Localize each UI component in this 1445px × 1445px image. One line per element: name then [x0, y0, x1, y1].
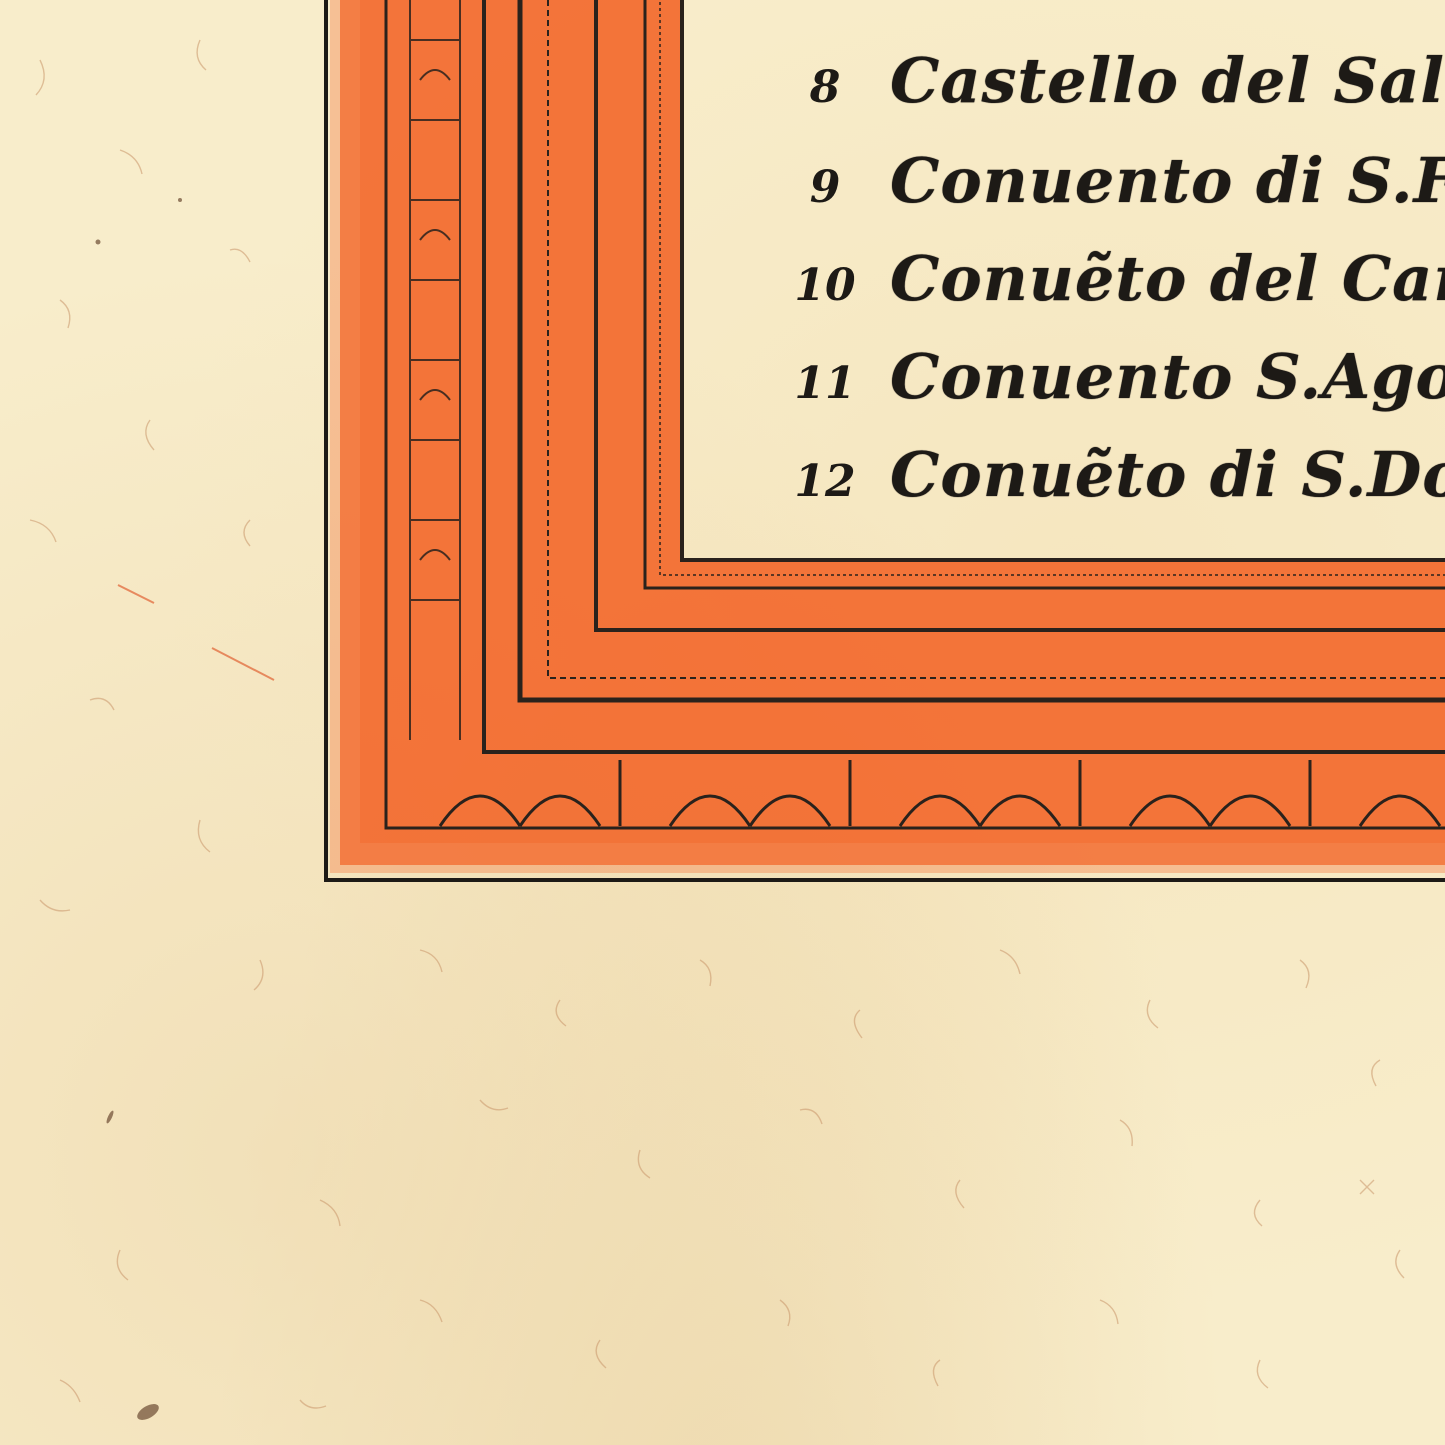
legend-number: 10 [790, 260, 860, 311]
legend-name: Conuento S.Agost [890, 340, 1445, 413]
legend-name: Conuento di S.Frã [890, 144, 1445, 217]
legend-name: Castello del Salua [890, 44, 1445, 117]
legend-name: Conuẽto del Carm [890, 242, 1445, 315]
legend-name: Conuẽto di S.Dom [890, 438, 1445, 511]
legend-number: 9 [790, 162, 860, 213]
legend-number: 8 [790, 62, 860, 113]
legend-number: 12 [790, 456, 860, 507]
map-legend: 7 8 Castello del Salua 9 Conuento di S.F… [790, 0, 1445, 560]
legend-number: 11 [790, 358, 860, 409]
